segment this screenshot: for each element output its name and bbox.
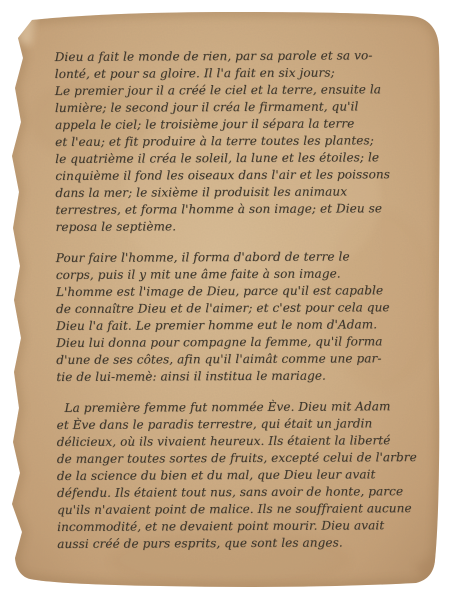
handwritten-line: cinquième il fond les oiseaux dans l'air… [55,166,435,185]
handwritten-line: terrestres, et forma l'homme à son image… [55,200,435,219]
handwritten-line: de connaître Dieu et de l'aimer; et c'es… [56,299,436,318]
scanned-letter-page: Dieu a fait le monde de rien, par sa par… [0,0,458,600]
handwritten-line: appela le ciel; le troisième jour il sép… [55,115,435,134]
handwritten-line: La première femme fut nommée Ève. Dieu m… [56,398,436,417]
handwritten-line: corps, puis il y mit une âme faite à son… [56,265,436,284]
handwritten-line: aussi créé de purs esprits, que sont les… [57,534,437,553]
paragraph-making-of-man: Pour faire l'homme, il forma d'abord de … [56,248,437,386]
handwritten-line: qu'ils n'avaient point de malice. Ils ne… [57,500,437,519]
handwritten-line: et Ève dans le paradis terrestre, qui ét… [57,415,437,434]
handwritten-line: et l'eau; et fit produire à la terre tou… [55,132,435,151]
handwritten-line: L'homme est l'image de Dieu, parce qu'il… [56,282,436,301]
handwritten-line: d'une de ses côtes, afin qu'il l'aimât c… [56,350,436,369]
handwritten-line: dans la mer; le sixième il produisit les… [55,183,435,202]
handwritten-line: lonté, et pour sa gloire. Il l'a fait en… [55,64,435,83]
handwritten-line: le quatrième il créa le soleil, la lune … [55,149,435,168]
handwritten-line: de manger toutes sortes de fruits, excep… [57,449,437,468]
handwritten-line: tie de lui-memè: ainsi il institua le ma… [56,367,436,386]
handwritten-line: défendu. Ils étaient tout nus, sans avoi… [57,483,437,502]
handwritten-line: lumière; le second jour il créa le firma… [55,98,435,117]
handwritten-line: délicieux, où ils vivaient heureux. Ils … [57,432,437,451]
handwritten-line: Dieu l'a fait. Le premier homme eut le n… [56,316,436,335]
handwritten-text: Dieu a fait le monde de rien, par sa par… [55,47,438,567]
handwritten-line: Dieu lui donna pour compagne la femme, q… [56,333,436,352]
handwritten-line: reposa le septième. [56,217,436,236]
handwritten-line: Le premier jour il a créé le ciel et la … [55,81,435,100]
handwritten-line: de la science du bien et du mal, que Die… [57,466,437,485]
handwritten-line: Pour faire l'homme, il forma d'abord de … [56,248,436,267]
paragraph-creation: Dieu a fait le monde de rien, par sa par… [55,47,436,236]
paragraph-eve-paradise: La première femme fut nommée Ève. Dieu m… [56,398,437,553]
handwritten-line: Dieu a fait le monde de rien, par sa par… [55,47,435,66]
handwritten-line: incommodité, et ne devaient point mourir… [57,517,437,536]
